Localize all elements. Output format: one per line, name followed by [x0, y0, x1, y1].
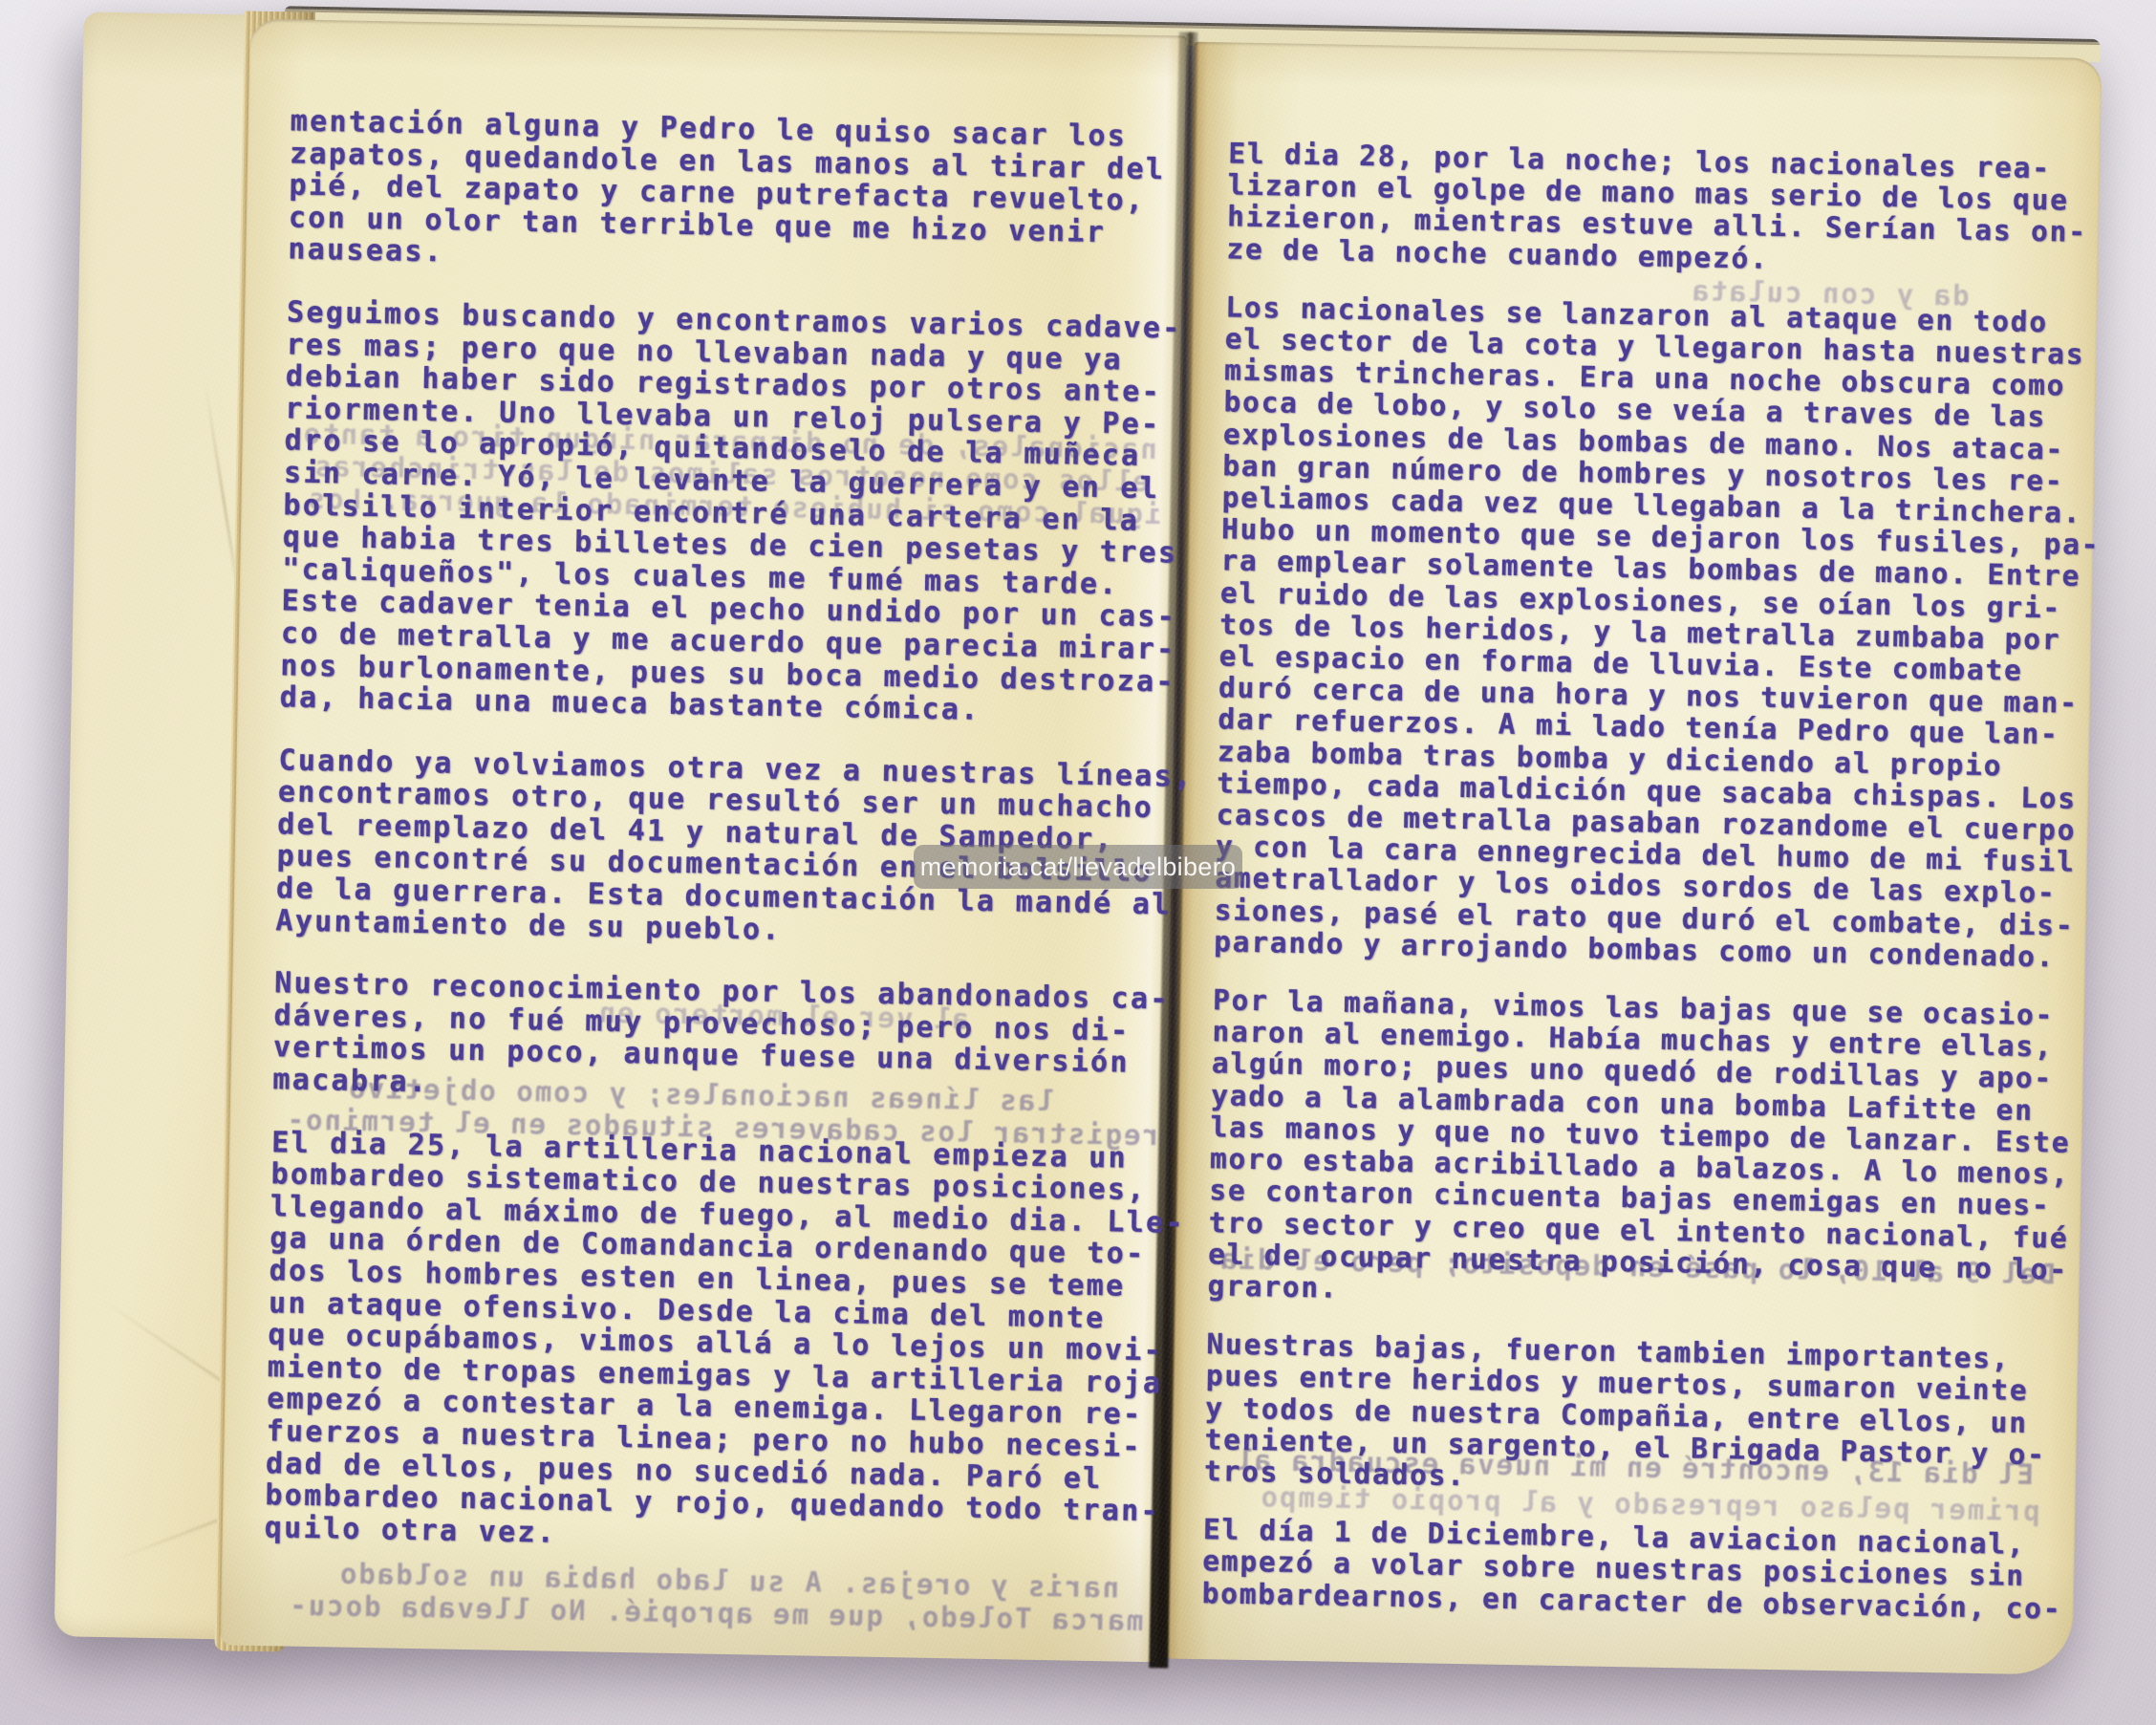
watermark-text: memoria.cat/llevadelbibero — [920, 852, 1236, 882]
paragraph: Los nacionales se lanzaron al ataque en … — [1214, 291, 2129, 974]
paragraph: Nuestro reconocimiento por los abandonad… — [272, 967, 1206, 1112]
paragraph: Seguimos buscando y encontramos varios c… — [279, 296, 1218, 731]
watermark-badge: memoria.cat/llevadelbibero — [914, 845, 1242, 889]
page-left-text: mentación alguna y Pedro le quiso sacar … — [265, 105, 1222, 1561]
paragraph: Por la mañana, vimos las bajas que se oc… — [1207, 984, 2116, 1318]
photo-background: nacionales, de no disparar ningun tiro a… — [0, 0, 2156, 1725]
paragraph: El día 1 de Diciembre, la aviacion nacio… — [1201, 1514, 2106, 1626]
paragraph: mentación alguna y Pedro le quiso sacar … — [288, 105, 1222, 283]
paragraph: Nuestras bajas, fueron tambien important… — [1204, 1328, 2110, 1503]
page-right-text: El dia 28, por la noche; los nacionales … — [1201, 138, 2131, 1626]
paragraph: El dia 25, la artilleria nacional empiez… — [265, 1127, 1204, 1562]
paragraph: El dia 28, por la noche; los nacionales … — [1226, 138, 2131, 281]
